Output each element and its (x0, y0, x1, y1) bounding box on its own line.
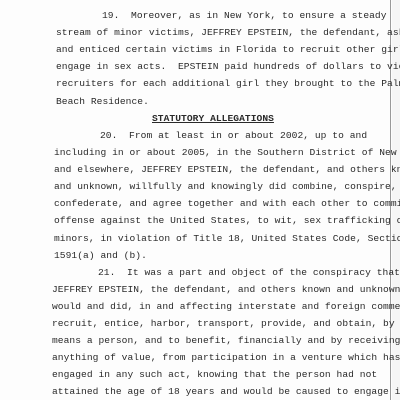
paragraph-21-line-8: attained the age of 18 years and would b… (52, 386, 400, 398)
paragraph-21-line-1: 21. It was a part and object of the cons… (98, 267, 400, 279)
paragraph-21-line-2: JEFFREY EPSTEIN, the defendant, and othe… (52, 284, 400, 296)
paragraph-19-line-4: engage in sex acts. EPSTEIN paid hundred… (56, 61, 400, 73)
paragraph-19-line-5: recruiters for each additional girl they… (56, 78, 400, 90)
paragraph-20-line-6: offense against the United States, to wi… (54, 215, 400, 227)
paragraph-21-line-6: anything of value, from participation in… (52, 352, 400, 364)
paragraph-20-line-5: confederate, and agree together and with… (54, 198, 400, 210)
paragraph-20-line-4: and unknown, willfully and knowingly did… (54, 181, 397, 193)
paragraph-20-line-7: minors, in violation of Title 18, United… (54, 233, 400, 245)
paragraph-21-line-7: engaged in any such act, knowing that th… (52, 369, 377, 381)
paragraph-19-line-1: 19. Moreover, as in New York, to ensure … (102, 10, 387, 22)
paragraph-21-line-3: would and did, in and affecting intersta… (52, 301, 400, 313)
section-heading: STATUTORY ALLEGATIONS (152, 113, 274, 125)
paragraph-21-line-4: recruit, entice, harbor, transport, prov… (52, 318, 400, 330)
paragraph-19-line-6: Beach Residence. (56, 96, 149, 108)
paragraph-21-line-5: means a person, and to benefit, financia… (52, 335, 400, 347)
paragraph-20-line-3: and elsewhere, JEFFREY EPSTEIN, the defe… (54, 164, 400, 176)
paragraph-20-line-2: including in or about 2005, in the South… (54, 147, 400, 159)
paragraph-20-line-1: 20. From at least in or about 2002, up t… (100, 130, 367, 142)
paragraph-19-line-3: and enticed certain victims in Florida t… (56, 44, 400, 56)
paragraph-19-line-2: stream of minor victims, JEFFREY EPSTEIN… (56, 27, 400, 39)
paragraph-20-line-8: 1591(a) and (b). (54, 250, 147, 262)
